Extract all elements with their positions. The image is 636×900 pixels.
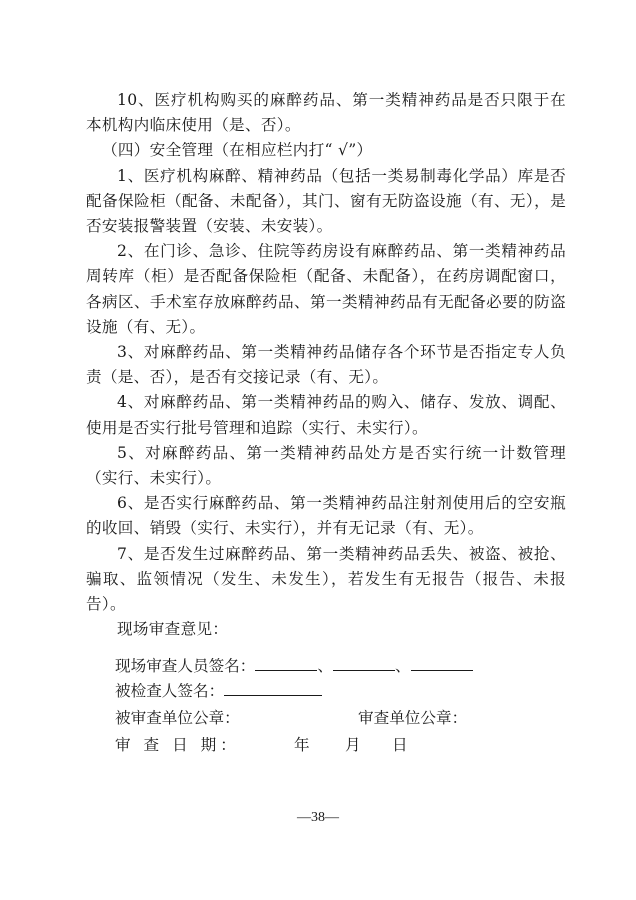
section-heading-safety-management: （四）安全管理（在相应栏内打“ √”） <box>86 138 566 163</box>
separator: 、 <box>317 657 333 675</box>
inspector-signature-label: 现场审查人员签名： <box>115 657 255 675</box>
paragraph-item-4: 4、对麻醉药品、第一类精神药品的购入、储存、发放、调配、使用是否实行批号管理和追… <box>86 390 566 440</box>
inspecting-unit-seal-label: 审查单位公章： <box>358 709 467 727</box>
date-month: 月 <box>345 733 361 758</box>
date-year: 年 <box>294 733 310 758</box>
year-label: 年 <box>294 736 310 754</box>
month-label: 月 <box>345 736 361 754</box>
paragraph-item-2: 2、在门诊、急诊、住院等药房设有麻醉药品、第一类精神药品周转库（柜）是否配备保险… <box>86 239 566 340</box>
paragraph-item-7: 7、是否发生过麻醉药品、第一类精神药品丢失、被盗、被抢、骗取、监领情况（发生、未… <box>86 542 566 618</box>
day-label: 日 <box>392 736 408 754</box>
inspector-signature-row: 现场审查人员签名：、、 <box>115 654 473 679</box>
inspector-signature-line-2[interactable] <box>333 656 395 671</box>
inspected-unit-seal-label: 被审查单位公章： <box>115 709 240 727</box>
inspected-signature-row: 被检查人签名： <box>115 679 322 704</box>
review-date-label: 审 查 日 期： <box>115 736 240 754</box>
inspected-unit-seal: 被审查单位公章： <box>115 706 240 731</box>
separator: 、 <box>395 657 411 675</box>
inspector-signature-line-1[interactable] <box>255 656 317 671</box>
paragraph-item-5: 5、对麻醉药品、第一类精神药品处方是否实行统一计数管理（实行、未实行）。 <box>86 441 566 491</box>
paragraph-item-1: 1、医疗机构麻醉、精神药品（包括一类易制毒化学品）库是否配备保险柜（配备、未配备… <box>86 164 566 240</box>
review-date-row: 审 查 日 期： <box>115 733 240 758</box>
inspector-signature-line-3[interactable] <box>411 656 473 671</box>
paragraph-item-3: 3、对麻醉药品、第一类精神药品储存各个环节是否指定专人负责（是、否），是否有交接… <box>86 340 566 390</box>
inspected-signature-label: 被检查人签名： <box>115 682 224 700</box>
inspecting-unit-seal: 审查单位公章： <box>358 706 467 731</box>
paragraph-item-6: 6、是否实行麻醉药品、第一类精神药品注射剂使用后的空安瓶的收回、销毁（实行、未实… <box>86 491 566 541</box>
date-day: 日 <box>392 733 408 758</box>
review-opinion-label: 现场审查意见： <box>86 617 566 642</box>
inspected-signature-line[interactable] <box>224 681 322 696</box>
page-number: —38— <box>0 810 636 826</box>
paragraph-item-10: 10、医疗机构购买的麻醉药品、第一类精神药品是否只限于在本机构内临床使用（是、否… <box>86 88 566 138</box>
document-body: 10、医疗机构购买的麻醉药品、第一类精神药品是否只限于在本机构内临床使用（是、否… <box>86 88 566 642</box>
